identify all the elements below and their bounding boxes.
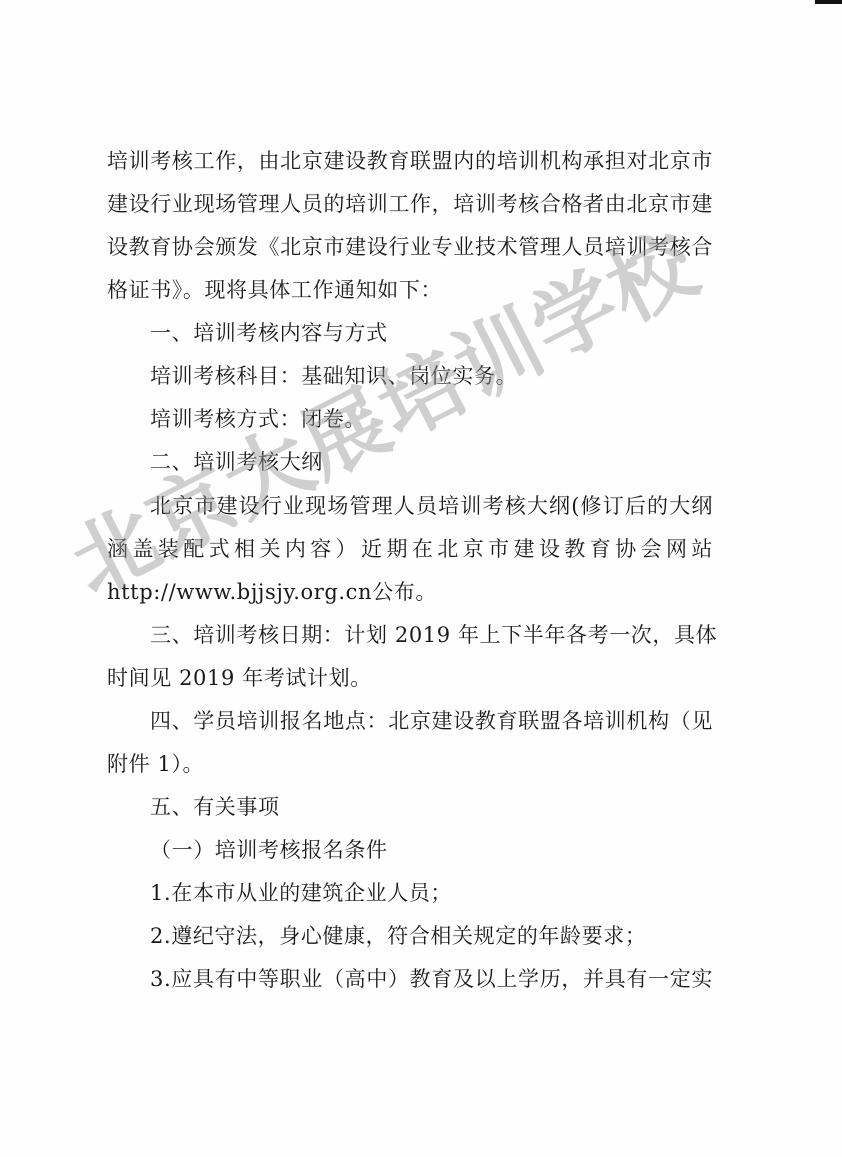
paragraph-line: 时间见 2019 年考试计划。 [107,663,713,693]
list-item: 3.应具有中等职业（高中）教育及以上学历，并具有一定实 [150,964,713,994]
subsection-heading-1: （一）培训考核报名条件 [150,835,713,865]
document-page: 培训考核工作，由北京建设教育联盟内的培训机构承担对北京市 建设行业现场管理人员的… [0,0,842,1157]
section-heading-2: 二、培训考核大纲 [150,447,713,477]
paragraph-line: 格证书》。现将具体工作通知如下： [107,275,713,305]
website-url-line: http://www.bjjsjy.org.cn公布。 [107,577,713,607]
exam-method-line: 培训考核方式：闭卷。 [150,404,713,434]
list-item: 2.遵纪守法，身心健康，符合相关规定的年龄要求； [150,921,713,951]
paragraph-line: 培训考核工作，由北京建设教育联盟内的培训机构承担对北京市 [107,146,713,176]
paragraph-line: 附件 1）。 [107,749,713,779]
section-heading-1: 一、培训考核内容与方式 [150,318,713,348]
paragraph-line: 涵盖装配式相关内容）近期在北京市建设教育协会网站 [107,534,713,564]
scan-corner-mark [815,0,842,4]
paragraph-line: 设教育协会颁发《北京市建设行业专业技术管理人员培训考核合 [107,232,713,262]
paragraph-line: 北京市建设行业现场管理人员培训考核大纲(修订后的大纲 [150,491,713,521]
exam-subjects-line: 培训考核科目：基础知识、岗位实务。 [150,361,713,391]
section-heading-5: 五、有关事项 [150,792,713,822]
section-heading-4: 四、学员培训报名地点：北京建设教育联盟各培训机构（见 [150,706,713,736]
section-heading-3: 三、培训考核日期：计划 2019 年上下半年各考一次，具体 [150,620,713,650]
list-item: 1.在本市从业的建筑企业人员； [150,878,713,908]
paragraph-line: 建设行业现场管理人员的培训工作，培训考核合格者由北京市建 [107,189,713,219]
